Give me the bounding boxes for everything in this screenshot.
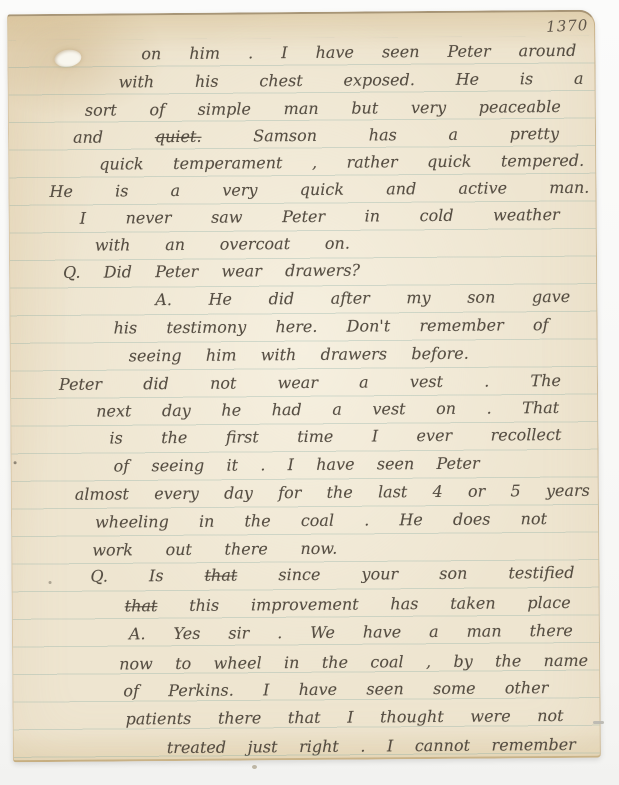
word: vest: [372, 398, 405, 420]
text-line: Q.Isthatsinceyoursontestified: [90, 562, 574, 588]
word: almost: [75, 483, 129, 505]
word: not: [521, 508, 548, 530]
text-line: nextdayhehadaveston.That: [96, 397, 559, 423]
word: years: [546, 480, 590, 502]
word: last: [378, 481, 407, 503]
word: exposed.: [343, 69, 415, 92]
word: were: [470, 705, 510, 727]
word: him: [206, 345, 237, 367]
paper-flaw-hole: [53, 48, 82, 69]
word: a: [359, 371, 369, 393]
word: did: [143, 373, 169, 395]
word: Peter: [282, 206, 325, 228]
word: on.: [325, 233, 350, 255]
word: that: [204, 565, 237, 587]
word: I: [263, 679, 270, 701]
word: he: [221, 399, 241, 421]
word: Q.: [90, 566, 108, 588]
word: I: [372, 425, 379, 447]
word: seeing: [151, 455, 204, 477]
word: wheeling: [95, 511, 169, 534]
word: chest: [259, 70, 303, 92]
word: there: [218, 707, 261, 729]
text-line: A.Hedidaftermysongave: [155, 286, 570, 311]
word: some: [433, 678, 476, 700]
word: in: [284, 652, 300, 674]
word: his: [113, 317, 137, 339]
word: weather: [493, 204, 560, 227]
word: never: [125, 207, 171, 229]
word: testified: [508, 562, 574, 585]
word: son: [439, 563, 467, 585]
word: recollect: [490, 424, 561, 447]
word: ever: [416, 425, 452, 447]
word: peaceable: [479, 96, 561, 119]
word: vest: [410, 371, 443, 393]
text-line: quicktemperament,ratherquicktempered.: [99, 150, 584, 176]
word: saw: [211, 206, 243, 228]
word: rather: [346, 151, 397, 173]
word: gave: [532, 286, 570, 308]
word: of: [123, 680, 139, 702]
word: man.: [549, 177, 589, 199]
word: Samson: [253, 125, 317, 148]
word: first: [226, 426, 259, 448]
word: have: [316, 42, 355, 64]
text-line: ofPerkins.Ihaveseensomeother: [123, 677, 548, 702]
word: ,: [312, 152, 317, 174]
text-line: IneversawPeterincoldweather: [80, 204, 560, 230]
word: cold: [420, 205, 454, 227]
word: and: [73, 127, 103, 149]
word: A.: [155, 289, 172, 311]
word: We: [310, 622, 335, 644]
word: active: [458, 177, 507, 199]
word: by: [453, 651, 472, 673]
word: that: [288, 707, 321, 729]
word: had: [272, 399, 302, 421]
word: to: [175, 653, 191, 675]
page-number: 1370: [546, 16, 589, 36]
word: Peter: [447, 41, 490, 63]
word: for: [278, 482, 301, 504]
word: just: [248, 736, 278, 758]
text-line: almosteverydayforthelast4or5years: [75, 480, 590, 506]
word: taken: [450, 593, 496, 615]
word: That: [522, 397, 559, 419]
word: ,: [426, 651, 431, 673]
text-line: ofseeingit.IhaveseenPeter: [114, 453, 480, 478]
word: the: [327, 482, 353, 504]
word: with: [119, 71, 155, 93]
word: I: [281, 42, 288, 64]
word: Did: [104, 261, 132, 283]
word: improvement: [251, 594, 359, 617]
word: in: [199, 511, 215, 533]
word: I: [288, 454, 295, 476]
word: or: [468, 481, 485, 503]
word: remember: [419, 314, 503, 337]
word: Don't: [347, 315, 391, 337]
ink-speck: [49, 581, 52, 584]
text-line: A.Yessir.Wehaveamanthere: [129, 620, 573, 645]
word: Perkins.: [168, 680, 234, 703]
word: of: [533, 314, 549, 336]
word: sort: [85, 99, 117, 121]
word: has: [390, 593, 418, 615]
word: man: [467, 620, 502, 642]
word: have: [316, 454, 355, 476]
word: I: [347, 707, 354, 729]
word: is: [520, 68, 534, 90]
word: .: [248, 42, 253, 64]
text-line: seeinghimwithdrawersbefore.: [129, 343, 469, 368]
handwritten-text-lines: onhim.IhaveseenPeteraroundwithhischestex…: [0, 0, 617, 4]
word: on: [141, 43, 161, 65]
word: a: [171, 180, 181, 202]
word: Peter: [59, 374, 102, 396]
word: simple: [198, 98, 251, 120]
word: your: [361, 563, 398, 585]
word: quick: [300, 179, 344, 201]
word: his: [195, 71, 219, 93]
word: the: [322, 652, 348, 674]
word: have: [299, 679, 338, 701]
word: drawers?: [285, 260, 360, 283]
manuscript-page: 1370 onhim.IhaveseenPeteraroundwithhisch…: [7, 10, 601, 763]
scanned-document-background: 1370 onhim.IhaveseenPeteraroundwithhisch…: [0, 0, 619, 785]
word: wheel: [214, 652, 262, 674]
word: .: [360, 736, 365, 758]
word: thought: [380, 706, 444, 728]
word: in: [365, 205, 381, 227]
word: Q.: [63, 262, 81, 284]
word: is: [115, 180, 129, 202]
word: I: [80, 208, 87, 230]
word: quiet.: [155, 126, 202, 148]
word: this: [189, 595, 219, 617]
word: with: [95, 234, 131, 256]
word: a: [429, 621, 439, 643]
word: has: [369, 124, 397, 146]
word: testimony: [166, 316, 246, 339]
word: patients: [126, 708, 192, 731]
page-content-layer: 1370 onhim.IhaveseenPeteraroundwithhisch…: [0, 0, 619, 785]
word: have: [363, 621, 402, 643]
word: next: [96, 400, 131, 422]
word: cannot: [415, 735, 470, 757]
text-line: Heisaveryquickandactiveman.: [49, 177, 589, 203]
word: of: [149, 99, 165, 121]
word: pretty: [510, 123, 559, 145]
word: not: [537, 705, 564, 727]
text-line: Q.DidPeterweardrawers?: [63, 260, 360, 284]
word: a: [448, 124, 458, 146]
word: 4: [432, 481, 442, 503]
text-line: nowtowheelinthecoal,bythename: [119, 650, 588, 676]
word: Is: [149, 565, 164, 587]
word: right: [299, 736, 339, 758]
word: remember: [491, 734, 575, 757]
word: with: [261, 344, 297, 366]
word: very: [411, 97, 446, 119]
word: him: [189, 43, 220, 65]
word: a: [332, 399, 342, 421]
word: now: [119, 653, 153, 675]
text-line: andquiet.Samsonhasapretty: [73, 123, 559, 149]
text-line: sortofsimplemanbutverypeaceable: [85, 96, 561, 122]
word: quick: [427, 151, 471, 173]
word: after: [331, 287, 370, 309]
word: quick: [99, 153, 143, 175]
word: day: [224, 482, 253, 504]
word: out: [165, 539, 192, 561]
word: on: [436, 398, 456, 420]
word: the: [495, 650, 521, 672]
word: it: [226, 455, 238, 477]
word: every: [154, 483, 199, 505]
word: name: [544, 650, 589, 672]
word: of: [114, 455, 130, 477]
word: the: [161, 427, 187, 449]
word: coal: [370, 651, 403, 673]
word: 5: [510, 480, 520, 502]
word: wear: [278, 372, 319, 394]
word: I: [387, 735, 394, 757]
word: He: [456, 69, 480, 91]
word: drawers: [320, 343, 387, 366]
ink-speck: [14, 461, 17, 464]
word: tempered.: [501, 150, 584, 173]
word: around: [519, 40, 577, 62]
word: work: [92, 539, 133, 561]
word: treated: [167, 737, 226, 759]
word: not: [210, 373, 237, 395]
word: A.: [129, 623, 146, 645]
word: very: [222, 179, 257, 201]
word: since: [278, 564, 320, 586]
text-line: onhim.IhaveseenPeteraround: [141, 40, 576, 65]
text-line: workouttherenow.: [92, 538, 337, 562]
word: .: [484, 371, 489, 393]
word: man: [284, 98, 319, 120]
word: the: [244, 510, 270, 532]
word: there: [529, 620, 572, 642]
word: He: [208, 289, 232, 311]
word: that: [125, 595, 158, 617]
word: is: [109, 427, 123, 449]
text-line: withanovercoaton.: [95, 233, 350, 257]
text-line: withhischestexposed.Heisa: [119, 68, 584, 94]
word: an: [165, 234, 185, 256]
word: did: [268, 288, 294, 310]
word: other: [505, 677, 549, 699]
word: son: [467, 286, 495, 308]
text-line: patientstherethatIthoughtwerenot: [126, 705, 564, 730]
word: and: [386, 178, 416, 200]
word: temperament: [173, 152, 283, 175]
word: there: [224, 538, 267, 560]
scan-artifact: [252, 765, 257, 769]
word: before.: [411, 343, 469, 365]
word: does: [453, 509, 491, 531]
word: here.: [275, 316, 317, 338]
text-line: thatthisimprovementhastakenplace: [125, 592, 571, 618]
word: seen: [366, 678, 404, 700]
word: sir: [228, 622, 249, 644]
text-line: isthefirsttimeIeverrecollect: [109, 424, 561, 450]
scan-artifact: [593, 721, 604, 724]
text-line: treatedjustright.Icannotremember: [167, 734, 576, 759]
word: wear: [221, 260, 262, 282]
word: Peter: [436, 453, 479, 475]
word: time: [297, 426, 333, 448]
word: overcoat: [220, 233, 291, 256]
word: Peter: [155, 261, 198, 283]
word: .: [277, 622, 282, 644]
word: place: [527, 592, 570, 614]
text-line: wheelinginthecoal.Hedoesnot: [95, 508, 547, 534]
word: coal: [301, 510, 334, 532]
word: day: [162, 400, 191, 422]
word: my: [406, 287, 430, 309]
text-line: Peterdidnotwearavest.The: [59, 370, 561, 396]
word: seen: [382, 41, 420, 63]
word: He: [49, 181, 73, 203]
word: seen: [377, 453, 415, 475]
word: but: [351, 97, 378, 119]
word: Yes: [173, 623, 200, 645]
word: .: [487, 398, 492, 420]
word: .: [260, 454, 265, 476]
word: The: [530, 370, 561, 392]
word: now.: [300, 538, 337, 560]
text-line: histestimonyhere.Don'trememberof: [113, 314, 548, 339]
word: .: [364, 509, 369, 531]
word: a: [574, 68, 584, 90]
word: He: [399, 509, 423, 531]
word: seeing: [129, 345, 182, 367]
